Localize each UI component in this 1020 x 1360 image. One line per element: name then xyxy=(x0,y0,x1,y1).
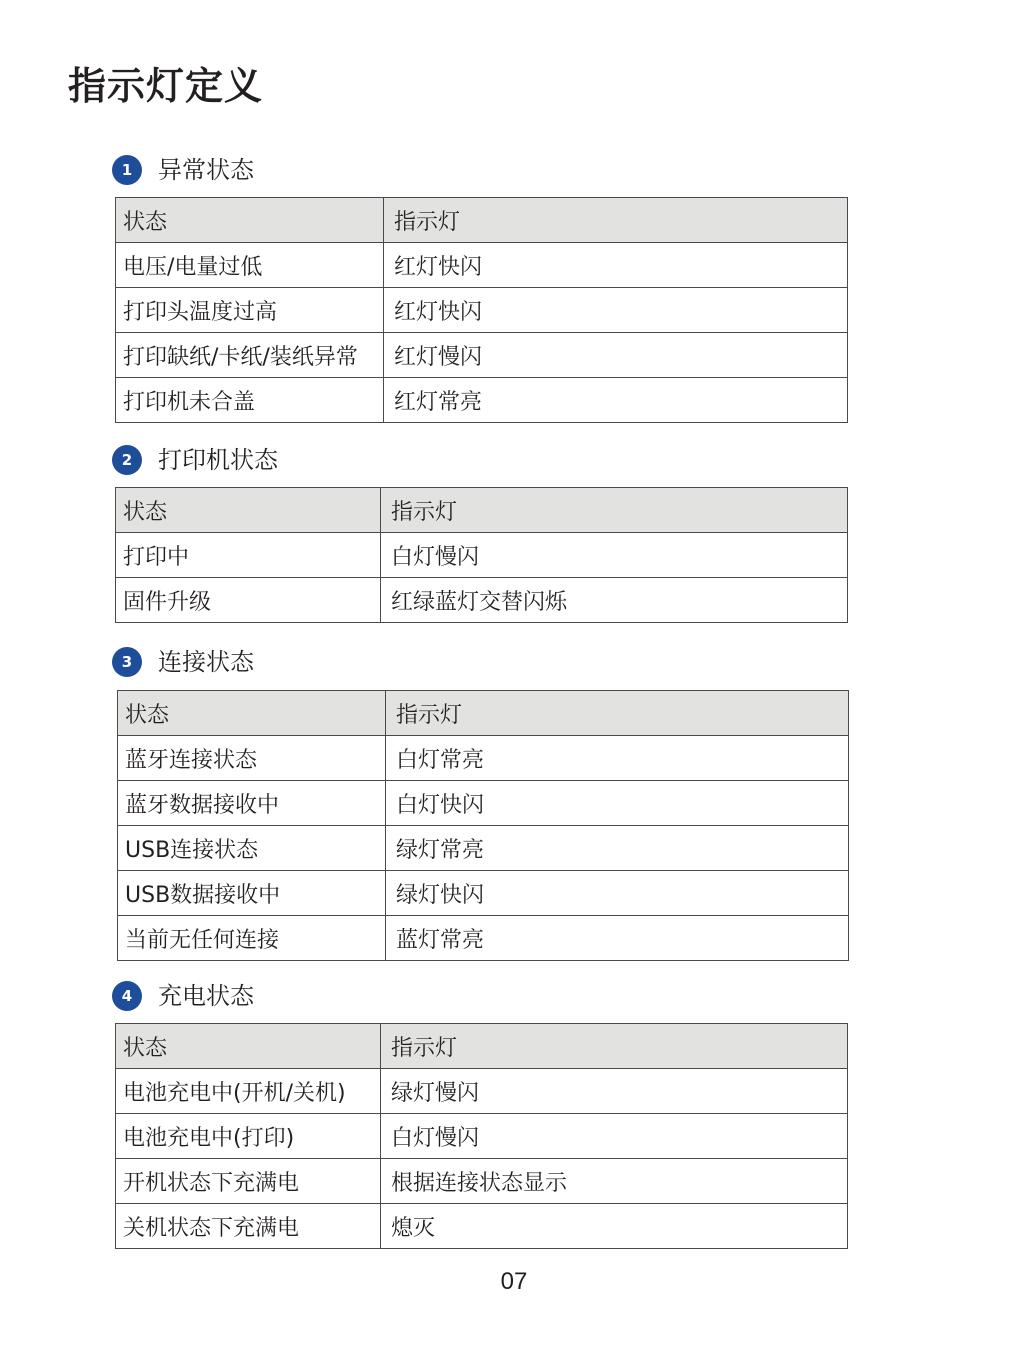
indicator-cell: 白灯慢闪 xyxy=(381,1114,848,1159)
status-cell: 电池充电中(打印) xyxy=(116,1114,381,1159)
connection-status-table: 状态 指示灯 蓝牙连接状态白灯常亮 蓝牙数据接收中白灯快闪 USB连接状态绿灯常… xyxy=(117,690,849,961)
section-heading-abnormal: 1 异常状态 xyxy=(112,152,254,188)
indicator-cell: 熄灭 xyxy=(381,1204,848,1249)
number-badge-icon: 4 xyxy=(112,981,142,1011)
column-header-status: 状态 xyxy=(118,691,386,736)
indicator-cell: 白灯常亮 xyxy=(386,736,849,781)
status-cell: USB连接状态 xyxy=(118,826,386,871)
abnormal-status-table: 状态 指示灯 电压/电量过低红灯快闪 打印头温度过高红灯快闪 打印缺纸/卡纸/装… xyxy=(115,197,848,423)
number-badge-icon: 1 xyxy=(112,155,142,185)
column-header-indicator: 指示灯 xyxy=(381,1024,848,1069)
table-row: 电池充电中(打印)白灯慢闪 xyxy=(116,1114,848,1159)
indicator-cell: 绿灯常亮 xyxy=(386,826,849,871)
table-row: 打印中白灯慢闪 xyxy=(116,533,848,578)
table-row: USB连接状态绿灯常亮 xyxy=(118,826,849,871)
status-cell: USB数据接收中 xyxy=(118,871,386,916)
table-row: 打印机未合盖红灯常亮 xyxy=(116,378,848,423)
section-title: 充电状态 xyxy=(158,978,254,1014)
table-row: 打印缺纸/卡纸/装纸异常红灯慢闪 xyxy=(116,333,848,378)
status-cell: 关机状态下充满电 xyxy=(116,1204,381,1249)
indicator-cell: 绿灯慢闪 xyxy=(381,1069,848,1114)
printer-status-table: 状态 指示灯 打印中白灯慢闪 固件升级红绿蓝灯交替闪烁 xyxy=(115,487,848,623)
number-badge-icon: 3 xyxy=(112,647,142,677)
column-header-status: 状态 xyxy=(116,488,381,533)
indicator-cell: 红绿蓝灯交替闪烁 xyxy=(381,578,848,623)
indicator-cell: 根据连接状态显示 xyxy=(381,1159,848,1204)
table-row: 蓝牙数据接收中白灯快闪 xyxy=(118,781,849,826)
number-badge-icon: 2 xyxy=(112,445,142,475)
table-row: USB数据接收中绿灯快闪 xyxy=(118,871,849,916)
column-header-indicator: 指示灯 xyxy=(381,488,848,533)
table-row: 电压/电量过低红灯快闪 xyxy=(116,243,848,288)
indicator-cell: 红灯慢闪 xyxy=(384,333,848,378)
status-cell: 当前无任何连接 xyxy=(118,916,386,961)
table-header-row: 状态 指示灯 xyxy=(118,691,849,736)
section-heading-printer: 2 打印机状态 xyxy=(112,442,278,478)
section-title: 连接状态 xyxy=(158,644,254,680)
column-header-status: 状态 xyxy=(116,1024,381,1069)
table-row: 固件升级红绿蓝灯交替闪烁 xyxy=(116,578,848,623)
column-header-status: 状态 xyxy=(116,198,384,243)
indicator-cell: 白灯慢闪 xyxy=(381,533,848,578)
table-header-row: 状态 指示灯 xyxy=(116,1024,848,1069)
page-number: 07 xyxy=(0,1268,1020,1296)
status-cell: 固件升级 xyxy=(116,578,381,623)
table-row: 开机状态下充满电根据连接状态显示 xyxy=(116,1159,848,1204)
column-header-indicator: 指示灯 xyxy=(386,691,849,736)
table-row: 电池充电中(开机/关机)绿灯慢闪 xyxy=(116,1069,848,1114)
status-cell: 电压/电量过低 xyxy=(116,243,384,288)
table-row: 当前无任何连接蓝灯常亮 xyxy=(118,916,849,961)
status-cell: 蓝牙连接状态 xyxy=(118,736,386,781)
table-row: 打印头温度过高红灯快闪 xyxy=(116,288,848,333)
indicator-cell: 白灯快闪 xyxy=(386,781,849,826)
charging-status-table: 状态 指示灯 电池充电中(开机/关机)绿灯慢闪 电池充电中(打印)白灯慢闪 开机… xyxy=(115,1023,848,1249)
table-row: 关机状态下充满电熄灭 xyxy=(116,1204,848,1249)
table-header-row: 状态 指示灯 xyxy=(116,198,848,243)
indicator-cell: 蓝灯常亮 xyxy=(386,916,849,961)
section-title: 异常状态 xyxy=(158,152,254,188)
page-title: 指示灯定义 xyxy=(68,58,263,114)
section-title: 打印机状态 xyxy=(158,442,278,478)
section-heading-connection: 3 连接状态 xyxy=(112,644,254,680)
table-row: 蓝牙连接状态白灯常亮 xyxy=(118,736,849,781)
status-cell: 打印机未合盖 xyxy=(116,378,384,423)
section-heading-charging: 4 充电状态 xyxy=(112,978,254,1014)
status-cell: 开机状态下充满电 xyxy=(116,1159,381,1204)
table-header-row: 状态 指示灯 xyxy=(116,488,848,533)
indicator-cell: 红灯快闪 xyxy=(384,288,848,333)
status-cell: 打印缺纸/卡纸/装纸异常 xyxy=(116,333,384,378)
status-cell: 打印中 xyxy=(116,533,381,578)
status-cell: 蓝牙数据接收中 xyxy=(118,781,386,826)
status-cell: 电池充电中(开机/关机) xyxy=(116,1069,381,1114)
indicator-cell: 红灯常亮 xyxy=(384,378,848,423)
column-header-indicator: 指示灯 xyxy=(384,198,848,243)
indicator-cell: 绿灯快闪 xyxy=(386,871,849,916)
status-cell: 打印头温度过高 xyxy=(116,288,384,333)
indicator-cell: 红灯快闪 xyxy=(384,243,848,288)
